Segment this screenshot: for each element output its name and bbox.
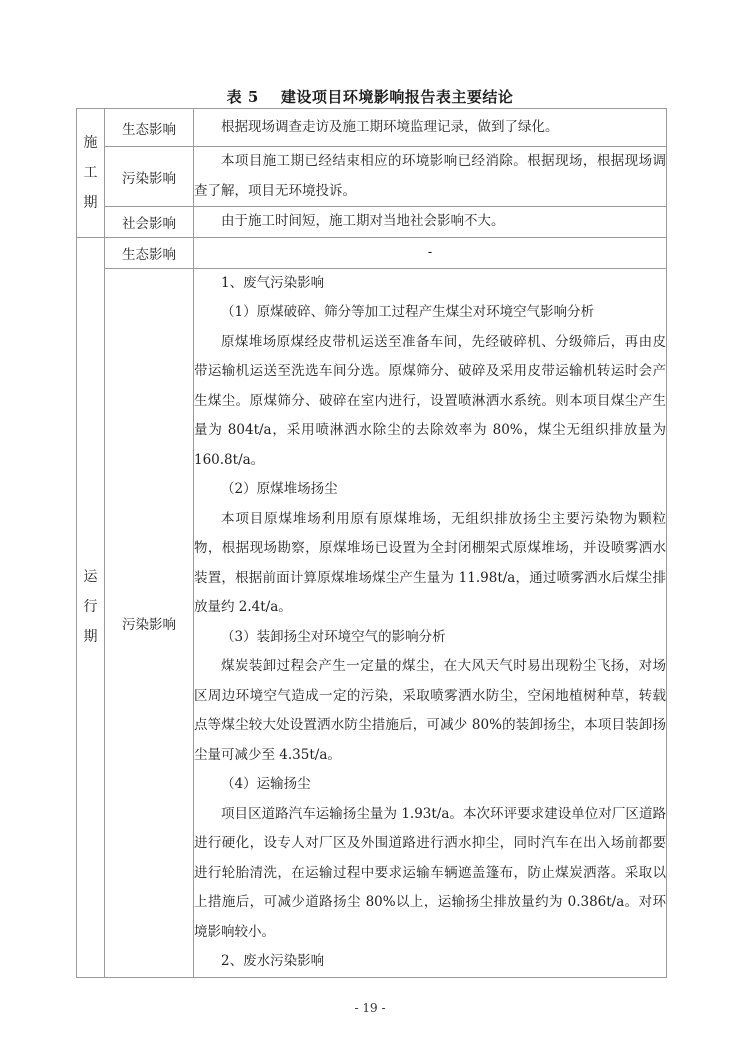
page-number: - 19 - (0, 1001, 740, 1015)
paragraph: 煤炭装卸过程会产生一定量的煤尘，在大风天气时易出现粉尘飞扬，对场区周边环境空气造… (194, 652, 666, 770)
section-heading: 2、废水污染影响 (194, 947, 666, 977)
category-cell: 污染影响 (105, 268, 194, 977)
table-number: 表 5 (227, 88, 259, 106)
table-row: 施 工 期 生态影响 根据现场调查走访及施工期环境监理记录，做到了绿化。 (77, 109, 667, 147)
content-cell: 1、废气污染影响 （1）原煤破碎、筛分等加工过程产生煤尘对环境空气影响分析 原煤… (194, 268, 667, 977)
paragraph: 原煤堆场原煤经皮带机运送至准备车间，先经破碎机、分级筛后，再由皮带运输机运送至洗… (194, 328, 666, 476)
category-cell: 生态影响 (105, 109, 194, 147)
table-row: 污染影响 本项目施工期已经结束相应的环境影响已经消除。根据现场，根据现场调查了解… (77, 147, 667, 207)
category-cell: 污染影响 (105, 147, 194, 207)
content-cell: 由于施工时间短，施工期对当地社会影响不大。 (194, 207, 667, 238)
table-title-text: 建设项目环境影响报告表主要结论 (281, 88, 514, 106)
paragraph: 项目区道路汽车运输扬尘量为 1.93t/a。本次环评要求建设单位对厂区道路进行硬… (194, 800, 666, 948)
subsection-heading: （4）运输扬尘 (194, 770, 666, 800)
table-row: 运 行 期 生态影响 - (77, 238, 667, 269)
conclusions-table: 施 工 期 生态影响 根据现场调查走访及施工期环境监理记录，做到了绿化。 污染影… (76, 108, 667, 978)
subsection-heading: （1）原煤破碎、筛分等加工过程产生煤尘对环境空气影响分析 (194, 298, 666, 328)
paragraph: 本项目原煤堆场利用原有原煤堆场，无组织排放扬尘主要污染物为颗粒物，根据现场勘察，… (194, 505, 666, 623)
section-heading: 1、废气污染影响 (194, 269, 666, 299)
category-cell: 社会影响 (105, 207, 194, 238)
content-cell: - (194, 238, 667, 269)
content-cell: 本项目施工期已经结束相应的环境影响已经消除。根据现场，根据现场调查了解，项目无环… (194, 147, 667, 207)
table-row: 社会影响 由于施工时间短，施工期对当地社会影响不大。 (77, 207, 667, 238)
subsection-heading: （2）原煤堆场扬尘 (194, 475, 666, 505)
phase-construction: 施 工 期 (77, 109, 105, 238)
table-row: 污染影响 1、废气污染影响 （1）原煤破碎、筛分等加工过程产生煤尘对环境空气影响… (77, 268, 667, 977)
phase-operation: 运 行 期 (77, 238, 105, 978)
category-cell: 生态影响 (105, 238, 194, 269)
content-cell: 根据现场调查走访及施工期环境监理记录，做到了绿化。 (194, 109, 667, 147)
subsection-heading: （3）装卸扬尘对环境空气的影响分析 (194, 623, 666, 653)
table-title: 表 5建设项目环境影响报告表主要结论 (0, 86, 740, 107)
